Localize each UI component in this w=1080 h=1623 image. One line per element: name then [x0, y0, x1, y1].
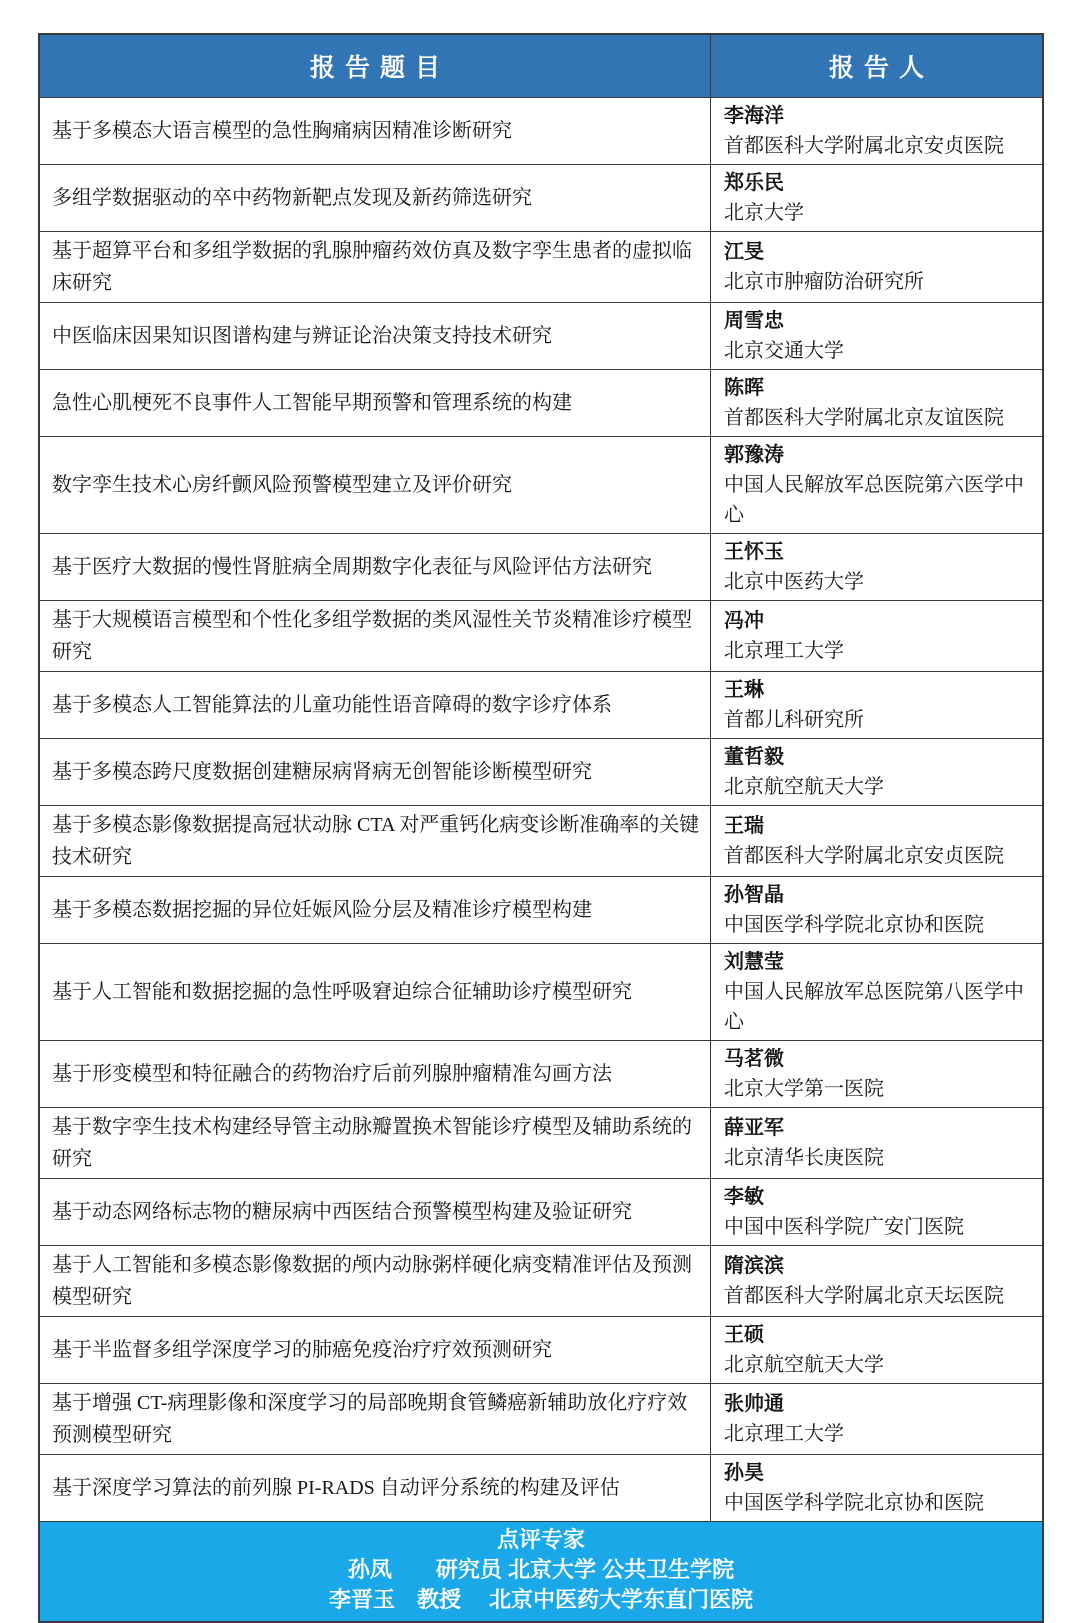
- report-title: 基于多模态跨尺度数据创建糖尿病肾病无创智能诊断模型研究: [40, 739, 711, 805]
- presenter-cell: 王怀玉 北京中医药大学: [711, 534, 1042, 600]
- presenter-name: 郭豫涛: [724, 440, 1036, 470]
- presenter-name: 王怀玉: [724, 537, 1036, 567]
- table-row: 数字孪生技术心房纤颤风险预警模型建立及评价研究 郭豫涛 中国人民解放军总医院第六…: [40, 436, 1042, 533]
- report-title: 基于深度学习算法的前列腺 PI-RADS 自动评分系统的构建及评估: [40, 1455, 711, 1521]
- presenter-cell: 薛亚军 北京清华长庚医院: [711, 1108, 1042, 1178]
- presenter-cell: 陈晖 首都医科大学附属北京友谊医院: [711, 370, 1042, 436]
- table-row: 基于多模态跨尺度数据创建糖尿病肾病无创智能诊断模型研究 董哲毅 北京航空航天大学: [40, 738, 1042, 805]
- table-row: 基于半监督多组学深度学习的肺癌免疫治疗疗效预测研究 王硕 北京航空航天大学: [40, 1316, 1042, 1383]
- presenter-affiliation: 北京航空航天大学: [724, 772, 1036, 802]
- report-title: 基于增强 CT-病理影像和深度学习的局部晚期食管鳞癌新辅助放化疗疗效预测模型研究: [40, 1384, 711, 1454]
- presenter-affiliation: 中国中医科学院广安门医院: [724, 1212, 1036, 1242]
- expert-line: 李晋玉 教授 北京中医药大学东直门医院: [40, 1585, 1042, 1615]
- presenter-affiliation: 北京理工大学: [724, 1419, 1036, 1449]
- report-title: 基于动态网络标志物的糖尿病中西医结合预警模型构建及验证研究: [40, 1179, 711, 1245]
- report-title: 基于人工智能和多模态影像数据的颅内动脉粥样硬化病变精准评估及预测模型研究: [40, 1246, 711, 1316]
- presenter-affiliation: 北京交通大学: [724, 336, 1036, 366]
- presenter-name: 李海洋: [724, 101, 1036, 131]
- report-title: 基于多模态影像数据提高冠状动脉 CTA 对严重钙化病变诊断准确率的关键技术研究: [40, 806, 711, 876]
- expert-line: 孙凤 研究员 北京大学 公共卫生学院: [40, 1555, 1042, 1585]
- presenter-cell: 李敏 中国中医科学院广安门医院: [711, 1179, 1042, 1245]
- presenter-cell: 李海洋 首都医科大学附属北京安贞医院: [711, 98, 1042, 164]
- table-row: 基于多模态影像数据提高冠状动脉 CTA 对严重钙化病变诊断准确率的关键技术研究 …: [40, 805, 1042, 876]
- report-title: 基于多模态数据挖掘的异位妊娠风险分层及精准诊疗模型构建: [40, 877, 711, 943]
- report-title: 多组学数据驱动的卒中药物新靶点发现及新药筛选研究: [40, 165, 711, 231]
- presenter-cell: 郭豫涛 中国人民解放军总医院第六医学中心: [711, 437, 1042, 533]
- presenter-name: 冯冲: [724, 606, 1036, 636]
- table-row: 基于多模态大语言模型的急性胸痛病因精准诊断研究 李海洋 首都医科大学附属北京安贞…: [40, 97, 1042, 164]
- presenter-affiliation: 北京中医药大学: [724, 567, 1036, 597]
- table-row: 多组学数据驱动的卒中药物新靶点发现及新药筛选研究 郑乐民 北京大学: [40, 164, 1042, 231]
- presenter-cell: 王瑞 首都医科大学附属北京安贞医院: [711, 806, 1042, 876]
- presenter-name: 马茗微: [724, 1044, 1036, 1074]
- presenter-name: 薛亚军: [724, 1113, 1036, 1143]
- presenter-cell: 隋滨滨 首都医科大学附属北京天坛医院: [711, 1246, 1042, 1316]
- presenter-affiliation: 首都医科大学附属北京友谊医院: [724, 403, 1036, 433]
- presenter-name: 董哲毅: [724, 742, 1036, 772]
- report-title: 基于半监督多组学深度学习的肺癌免疫治疗疗效预测研究: [40, 1317, 711, 1383]
- report-title: 基于多模态大语言模型的急性胸痛病因精准诊断研究: [40, 98, 711, 164]
- presenter-cell: 王硕 北京航空航天大学: [711, 1317, 1042, 1383]
- presenter-affiliation: 首都医科大学附属北京安贞医院: [724, 841, 1036, 871]
- table-row: 基于增强 CT-病理影像和深度学习的局部晚期食管鳞癌新辅助放化疗疗效预测模型研究…: [40, 1383, 1042, 1454]
- report-title: 数字孪生技术心房纤颤风险预警模型建立及评价研究: [40, 437, 711, 533]
- presenter-name: 江旻: [724, 237, 1036, 267]
- table-header-row: 报告题目 报告人: [40, 35, 1042, 97]
- presenter-affiliation: 中国医学科学院北京协和医院: [724, 910, 1036, 940]
- presenter-name: 张帅通: [724, 1389, 1036, 1419]
- presenter-cell: 董哲毅 北京航空航天大学: [711, 739, 1042, 805]
- report-title: 基于超算平台和多组学数据的乳腺肿瘤药效仿真及数字孪生患者的虚拟临床研究: [40, 232, 711, 302]
- presenter-affiliation: 首都医科大学附属北京安贞医院: [724, 131, 1036, 161]
- presenter-name: 刘慧莹: [724, 947, 1036, 977]
- report-schedule-table: 报告题目 报告人 基于多模态大语言模型的急性胸痛病因精准诊断研究 李海洋 首都医…: [38, 33, 1044, 1623]
- presenter-cell: 孙昊 中国医学科学院北京协和医院: [711, 1455, 1042, 1521]
- report-title: 基于数字孪生技术构建经导管主动脉瓣置换术智能诊疗模型及辅助系统的研究: [40, 1108, 711, 1178]
- presenter-name: 王硕: [724, 1320, 1036, 1350]
- table-row: 基于数字孪生技术构建经导管主动脉瓣置换术智能诊疗模型及辅助系统的研究 薛亚军 北…: [40, 1107, 1042, 1178]
- presenter-cell: 张帅通 北京理工大学: [711, 1384, 1042, 1454]
- table-row: 急性心肌梗死不良事件人工智能早期预警和管理系统的构建 陈晖 首都医科大学附属北京…: [40, 369, 1042, 436]
- presenter-cell: 孙智晶 中国医学科学院北京协和医院: [711, 877, 1042, 943]
- table-row: 基于动态网络标志物的糖尿病中西医结合预警模型构建及验证研究 李敏 中国中医科学院…: [40, 1178, 1042, 1245]
- presenter-affiliation: 北京理工大学: [724, 636, 1036, 666]
- table-row: 基于多模态数据挖掘的异位妊娠风险分层及精准诊疗模型构建 孙智晶 中国医学科学院北…: [40, 876, 1042, 943]
- presenter-affiliation: 北京清华长庚医院: [724, 1143, 1036, 1173]
- table-row: 基于大规模语言模型和个性化多组学数据的类风湿性关节炎精准诊疗模型研究 冯冲 北京…: [40, 600, 1042, 671]
- table-row: 基于人工智能和多模态影像数据的颅内动脉粥样硬化病变精准评估及预测模型研究 隋滨滨…: [40, 1245, 1042, 1316]
- report-title: 基于医疗大数据的慢性肾脏病全周期数字化表征与风险评估方法研究: [40, 534, 711, 600]
- presenter-name: 王瑞: [724, 811, 1036, 841]
- report-title: 基于人工智能和数据挖掘的急性呼吸窘迫综合征辅助诊疗模型研究: [40, 944, 711, 1040]
- presenter-name: 孙智晶: [724, 880, 1036, 910]
- presenter-name: 李敏: [724, 1182, 1036, 1212]
- presenter-affiliation: 北京航空航天大学: [724, 1350, 1036, 1380]
- presenter-cell: 王琳 首都儿科研究所: [711, 672, 1042, 738]
- report-title: 基于多模态人工智能算法的儿童功能性语音障碍的数字诊疗体系: [40, 672, 711, 738]
- table-row: 基于医疗大数据的慢性肾脏病全周期数字化表征与风险评估方法研究 王怀玉 北京中医药…: [40, 533, 1042, 600]
- presenter-name: 隋滨滨: [724, 1251, 1036, 1281]
- report-title: 基于形变模型和特征融合的药物治疗后前列腺肿瘤精准勾画方法: [40, 1041, 711, 1107]
- presenter-name: 孙昊: [724, 1458, 1036, 1488]
- table-body: 基于多模态大语言模型的急性胸痛病因精准诊断研究 李海洋 首都医科大学附属北京安贞…: [40, 97, 1042, 1521]
- presenter-affiliation: 北京市肿瘤防治研究所: [724, 267, 1036, 297]
- presenter-cell: 马茗微 北京大学第一医院: [711, 1041, 1042, 1107]
- experts-panel-title: 点评专家: [40, 1525, 1042, 1555]
- column-header-presenter: 报告人: [711, 35, 1042, 97]
- presenter-affiliation: 中国医学科学院北京协和医院: [724, 1488, 1036, 1518]
- presenter-affiliation: 北京大学第一医院: [724, 1074, 1036, 1104]
- presenter-affiliation: 北京大学: [724, 198, 1036, 228]
- presenter-affiliation: 首都医科大学附属北京天坛医院: [724, 1281, 1036, 1311]
- presenter-affiliation: 首都儿科研究所: [724, 705, 1036, 735]
- experts-panel: 点评专家 孙凤 研究员 北京大学 公共卫生学院 李晋玉 教授 北京中医药大学东直…: [40, 1521, 1042, 1621]
- presenter-cell: 周雪忠 北京交通大学: [711, 303, 1042, 369]
- table-row: 中医临床因果知识图谱构建与辨证论治决策支持技术研究 周雪忠 北京交通大学: [40, 302, 1042, 369]
- presenter-affiliation: 中国人民解放军总医院第八医学中心: [724, 977, 1036, 1037]
- table-row: 基于形变模型和特征融合的药物治疗后前列腺肿瘤精准勾画方法 马茗微 北京大学第一医…: [40, 1040, 1042, 1107]
- presenter-affiliation: 中国人民解放军总医院第六医学中心: [724, 470, 1036, 530]
- table-row: 基于多模态人工智能算法的儿童功能性语音障碍的数字诊疗体系 王琳 首都儿科研究所: [40, 671, 1042, 738]
- presenter-name: 周雪忠: [724, 306, 1036, 336]
- presenter-cell: 江旻 北京市肿瘤防治研究所: [711, 232, 1042, 302]
- presenter-cell: 冯冲 北京理工大学: [711, 601, 1042, 671]
- presenter-name: 郑乐民: [724, 168, 1036, 198]
- table-row: 基于人工智能和数据挖掘的急性呼吸窘迫综合征辅助诊疗模型研究 刘慧莹 中国人民解放…: [40, 943, 1042, 1040]
- report-title: 基于大规模语言模型和个性化多组学数据的类风湿性关节炎精准诊疗模型研究: [40, 601, 711, 671]
- presenter-cell: 刘慧莹 中国人民解放军总医院第八医学中心: [711, 944, 1042, 1040]
- presenter-cell: 郑乐民 北京大学: [711, 165, 1042, 231]
- report-title: 急性心肌梗死不良事件人工智能早期预警和管理系统的构建: [40, 370, 711, 436]
- column-header-report-title: 报告题目: [40, 35, 711, 97]
- table-row: 基于超算平台和多组学数据的乳腺肿瘤药效仿真及数字孪生患者的虚拟临床研究 江旻 北…: [40, 231, 1042, 302]
- presenter-name: 王琳: [724, 675, 1036, 705]
- report-title: 中医临床因果知识图谱构建与辨证论治决策支持技术研究: [40, 303, 711, 369]
- presenter-name: 陈晖: [724, 373, 1036, 403]
- table-row: 基于深度学习算法的前列腺 PI-RADS 自动评分系统的构建及评估 孙昊 中国医…: [40, 1454, 1042, 1521]
